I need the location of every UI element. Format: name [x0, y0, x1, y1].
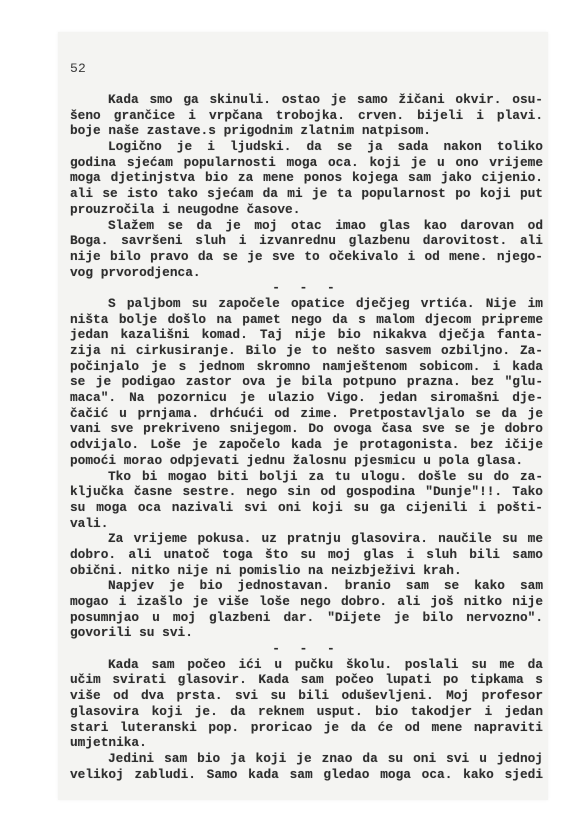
text-line: nije bilo pravo da se je sve to očekival… — [70, 249, 543, 265]
text-line: S paljbom su započele opatice dječjeg vr… — [70, 296, 543, 312]
text-line: moga djetinjstva bio za mene ponos kojeg… — [70, 170, 543, 186]
text-line: Logično je i ljudski. da se ja sada nako… — [70, 139, 543, 155]
page-number: 52 — [70, 61, 86, 76]
text-line: Jedini sam bio ja koji je znao da su oni… — [70, 751, 543, 767]
text-line: Kada sam počeo ići u pučku školu. poslal… — [70, 657, 543, 673]
text-line: šeno grančice i vrpčana trobojka. crven.… — [70, 108, 543, 124]
text-line: ključka časne sestre. nego sin od gospod… — [70, 484, 543, 500]
text-line: se je podigao zastor ova je bila potpuno… — [70, 374, 543, 390]
text-line: mogao i izašlo je više loše nego dobro. … — [70, 594, 543, 610]
text-line: dobro. ali unatoč toga što su moj glas i… — [70, 547, 543, 563]
text-line: boje naše zastave.s prigodnim zlatnim na… — [70, 123, 543, 139]
scanned-page: 52 Kada smo ga skinuli. ostao je samo ži… — [58, 32, 548, 800]
section-separator: - - - — [70, 641, 543, 657]
text-line: Za vrijeme pokusa. uz pratnju glasovira.… — [70, 531, 543, 547]
text-line: pomoći morao odpjevati jednu žalosnu pje… — [70, 453, 543, 469]
text-line: počinjalo je s jednom skromno namješteno… — [70, 359, 543, 375]
text-line: ali se isto tako sjećam da mi je ta popu… — [70, 186, 543, 202]
text-line: vali. — [70, 516, 543, 532]
text-line: vani sve prekriveno snijegom. Do ovoga č… — [70, 421, 543, 437]
text-line: su moga oca nazivali svi oni koji su ga … — [70, 500, 543, 516]
text-line: zija ni cirkusiranje. Bilo je to nešto s… — [70, 343, 543, 359]
text-line: obični. nitko nije ni pomislio na neizbj… — [70, 563, 543, 579]
section-separator: - - - — [70, 280, 543, 296]
text-line: velikoj zabludi. Samo kada sam gledao mo… — [70, 767, 543, 783]
text-line: učim svirati glasovir. Kada sam počeo lu… — [70, 672, 543, 688]
text-line: Slažem se da je moj otac imao glas kao d… — [70, 218, 543, 234]
text-line: jedan kazališni komad. Taj nije bio nika… — [70, 327, 543, 343]
text-line: Napjev je bio jednostavan. branio sam se… — [70, 578, 543, 594]
text-line: vog prvorodjenca. — [70, 265, 543, 281]
text-line: glasovira koji je. da reknem usput. bio … — [70, 704, 543, 720]
text-line: umjetnika. — [70, 735, 543, 751]
text-line: Boga. savršeni sluh i izvanrednu glazben… — [70, 233, 543, 249]
text-line: godina sjećam popularnosti moga oca. koj… — [70, 155, 543, 171]
text-line: stari luteranski pop. proricao je da će … — [70, 720, 543, 736]
text-line: posumnjao u moj glazbeni dar. "Dijete je… — [70, 610, 543, 626]
text-line: Kada smo ga skinuli. ostao je samo žičan… — [70, 92, 543, 108]
text-line: govorili su svi. — [70, 625, 543, 641]
text-line: prouzročila i neugodne časove. — [70, 202, 543, 218]
text-line: ništa bolje došlo na pamet nego da s mal… — [70, 312, 543, 328]
text-line: maca". Na pozornicu je ulazio Vigo. jeda… — [70, 390, 543, 406]
text-line: više od dva prsta. svi su bili oduševlje… — [70, 688, 543, 704]
text-line: odvijalo. Loše je započelo kada je prota… — [70, 437, 543, 453]
text-line: čačić u prnjama. drhćući od zime. Pretpo… — [70, 406, 543, 422]
body-text: Kada smo ga skinuli. ostao je samo žičan… — [70, 92, 543, 782]
text-line: Tko bi mogao biti bolji za tu ulogu. doš… — [70, 469, 543, 485]
